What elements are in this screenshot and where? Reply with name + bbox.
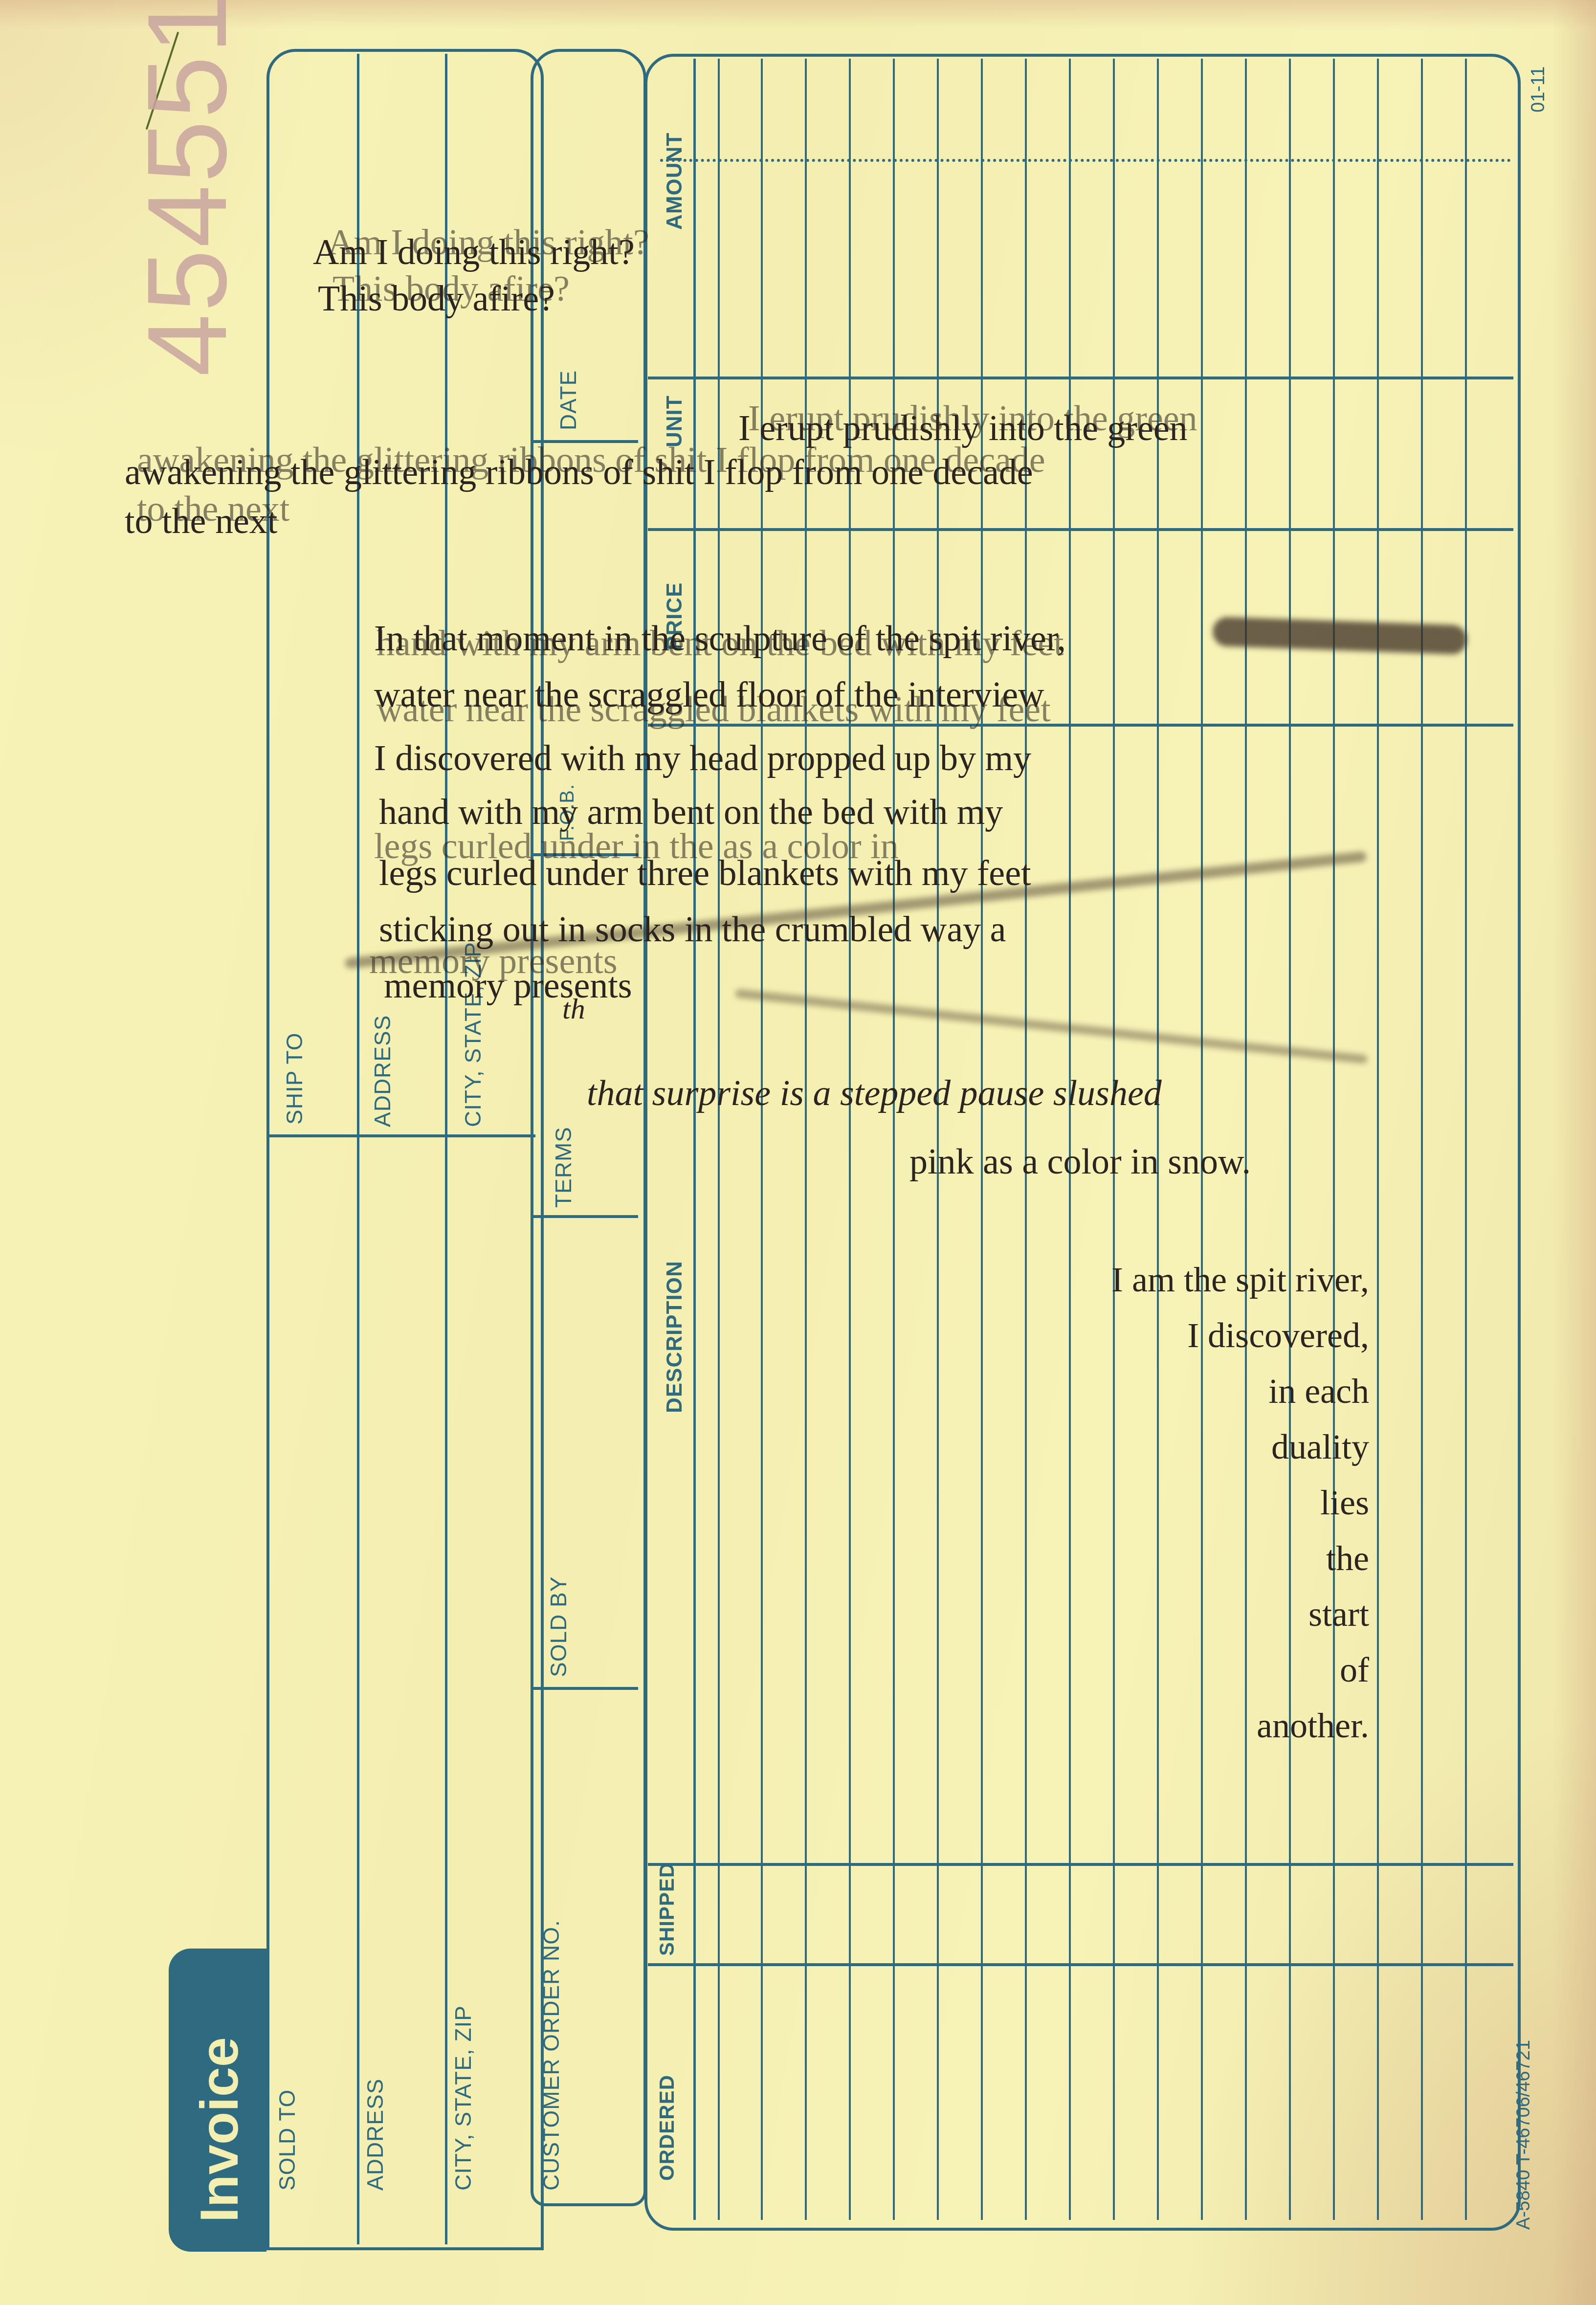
grid-column-rule bbox=[718, 59, 720, 2220]
label-date: DATE bbox=[555, 370, 581, 430]
poem-line: another. bbox=[929, 1698, 1369, 1753]
row-divider bbox=[648, 377, 1513, 379]
label-address-1: ADDRESS bbox=[362, 2079, 388, 2191]
poem-line: of bbox=[929, 1642, 1369, 1698]
label-unit: UNIT bbox=[663, 395, 687, 447]
amount-divider bbox=[660, 159, 1511, 162]
label-shipped: SHIPPED bbox=[655, 1862, 679, 1956]
label-customer-order-no: CUSTOMER ORDER NO. bbox=[538, 1920, 564, 2191]
grid-column-rule bbox=[1069, 59, 1071, 2220]
grid-column-rule bbox=[1113, 59, 1115, 2220]
grid-column-rule bbox=[1025, 59, 1027, 2220]
grid-column-rule bbox=[1289, 59, 1291, 2220]
poem-line: awakening the glittering ribbons of shit… bbox=[125, 452, 1033, 493]
poem-line: I am the spit river, bbox=[929, 1252, 1369, 1308]
label-sold-by: SOLD BY bbox=[545, 1576, 572, 1677]
invoice-title-badge: Invoice bbox=[169, 1949, 266, 2252]
grid-column-rule bbox=[1333, 59, 1335, 2220]
row-divider bbox=[648, 528, 1513, 531]
grid-column-rule bbox=[1245, 59, 1247, 2220]
rule bbox=[445, 54, 447, 2244]
form-code-bottom: A-5840 T-46706/46721 bbox=[1513, 2040, 1534, 2230]
stamped-number: 4545510 bbox=[122, 0, 252, 377]
grid-column-rule bbox=[1421, 59, 1423, 2220]
paper-stain-right bbox=[1552, 0, 1596, 2305]
poem-fragment: th bbox=[562, 993, 585, 1025]
rule bbox=[269, 1134, 535, 1137]
poem-line: I discovered, bbox=[929, 1308, 1369, 1363]
form-code-top: 01-11 bbox=[1528, 66, 1549, 112]
poem-line: I discovered with my head propped up by … bbox=[374, 738, 1031, 779]
label-amount: AMOUNT bbox=[663, 133, 687, 230]
poem-line: This body afire? bbox=[318, 279, 555, 319]
label-sold-to: SOLD TO bbox=[274, 2089, 300, 2191]
rule bbox=[357, 54, 359, 2244]
grid-column-rule bbox=[893, 59, 895, 2220]
label-ordered: ORDERED bbox=[655, 2075, 679, 2181]
poem-line: In that moment in the sculpture of the s… bbox=[374, 619, 1066, 659]
grid-column-rule bbox=[1465, 59, 1467, 2220]
grid-column-rule bbox=[805, 59, 807, 2220]
form-panel-terms bbox=[531, 49, 646, 2206]
row-divider bbox=[648, 1963, 1513, 1966]
grid-column-rule bbox=[1157, 59, 1159, 2220]
grid-column-rule bbox=[1377, 59, 1379, 2220]
row-divider bbox=[648, 1863, 1513, 1866]
grid-column-rule bbox=[1201, 59, 1203, 2220]
poem-line: memory presents bbox=[384, 966, 632, 1006]
poem-line: Am I doing this right? bbox=[313, 232, 635, 273]
poem-line: duality bbox=[929, 1419, 1369, 1475]
label-city-state-zip-1: CITY, STATE, ZIP bbox=[450, 2005, 476, 2191]
label-address-2: ADDRESS bbox=[369, 1015, 396, 1127]
label-description: DESCRIPTION bbox=[663, 1261, 687, 1413]
poem-line: start bbox=[929, 1586, 1369, 1642]
rule bbox=[533, 1687, 638, 1690]
poem-line: to the next bbox=[125, 501, 277, 542]
poem-line: in each bbox=[929, 1363, 1369, 1419]
rule bbox=[693, 59, 696, 2220]
poem-line: legs curled under three blankets with my… bbox=[379, 853, 1031, 894]
label-ship-to: SHIP TO bbox=[281, 1032, 308, 1125]
poem-line: the bbox=[929, 1530, 1369, 1586]
grid-column-rule bbox=[981, 59, 983, 2220]
grid-column-rule bbox=[761, 59, 763, 2220]
grid-column-rule bbox=[849, 59, 851, 2220]
poem-stanza-final: I am the spit river, I discovered, in ea… bbox=[929, 1252, 1369, 1753]
poem-line: pink as a color in snow. bbox=[909, 1142, 1251, 1182]
label-terms: TERMS bbox=[550, 1127, 576, 1208]
invoice-title: Invoice bbox=[188, 2037, 250, 2222]
poem-line: water near the scraggled floor of the in… bbox=[374, 675, 1044, 715]
grid-column-rule bbox=[937, 59, 939, 2220]
form-panel-customer bbox=[266, 49, 544, 2250]
poem-line: lies bbox=[929, 1475, 1369, 1530]
rule bbox=[533, 1215, 638, 1218]
poem-line: that surprise is a stepped pause slushed bbox=[587, 1073, 1162, 1114]
